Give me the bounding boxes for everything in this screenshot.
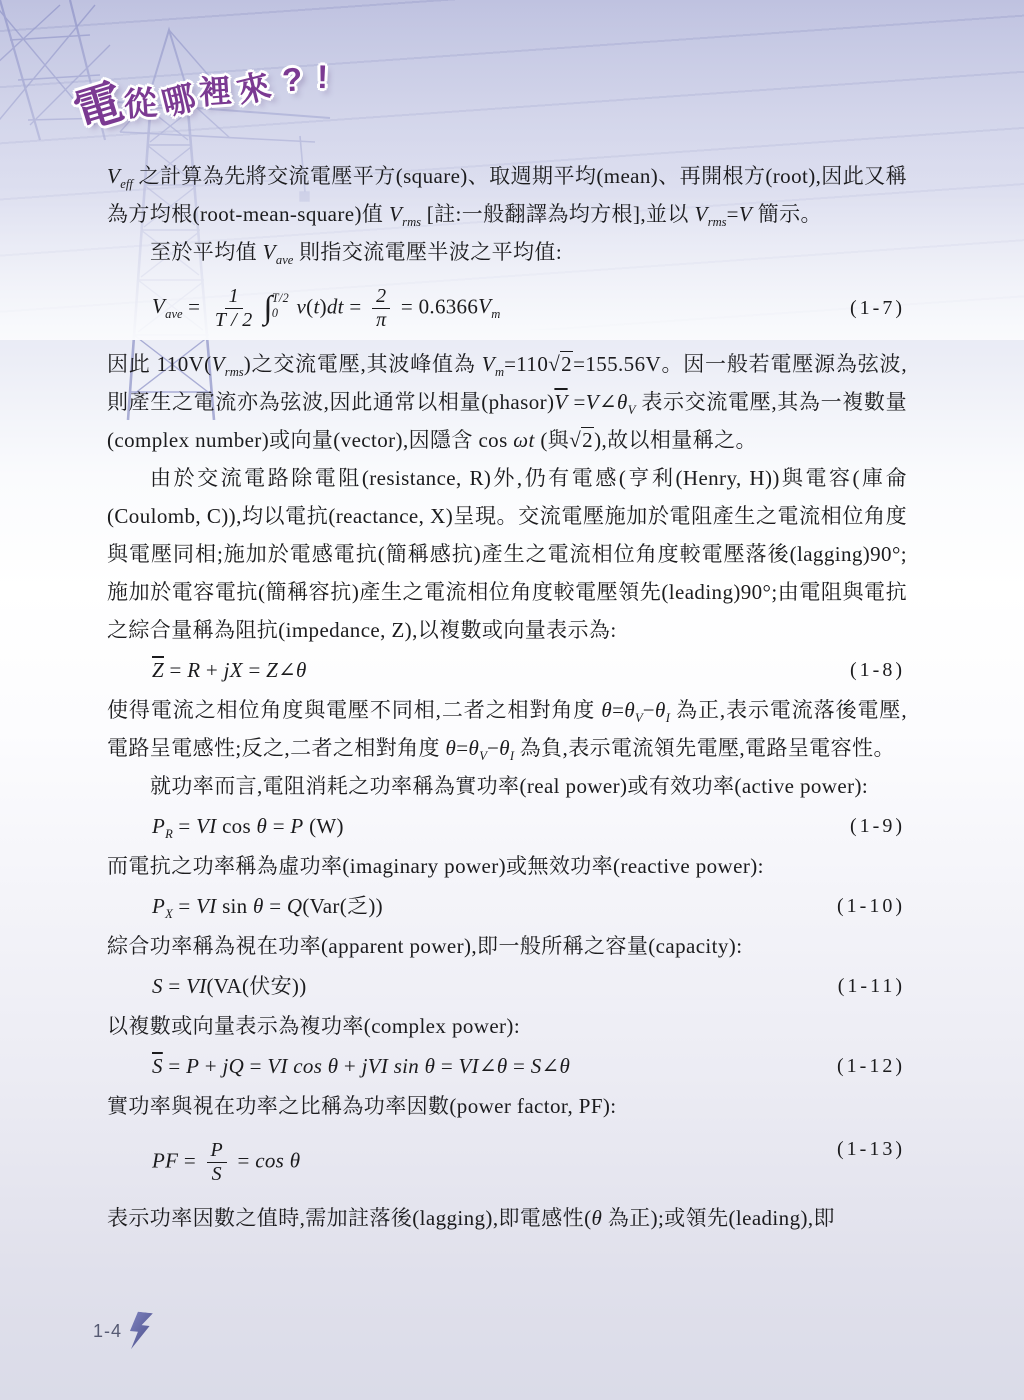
equation-formula: PF = PS = cos θ xyxy=(152,1139,300,1186)
equation-number: (1-9) xyxy=(850,807,907,845)
equation-formula: Vave = 1T / 2∫T/20 v(t)dt = 2π = 0.6366V… xyxy=(152,285,500,332)
paragraph: 就功率而言,電阻消耗之功率稱為實功率(real power)或有效功率(acti… xyxy=(107,767,907,805)
title-char: ? xyxy=(281,60,304,99)
title-char: ! xyxy=(317,58,329,96)
equation-number: (1-8) xyxy=(850,651,907,689)
page-number: 1-4 xyxy=(93,1321,122,1342)
document-body: Veff 之計算為先將交流電壓平方(square)、取週期平均(mean)、再開… xyxy=(107,157,907,1237)
equation: S = VI(VA(伏安))(1-11) xyxy=(107,966,907,1006)
lightning-bolt-icon xyxy=(125,1311,155,1352)
equation-formula: S = P + jQ = VI cos θ + jVI sin θ = VI∠θ… xyxy=(152,1047,570,1085)
paragraph: Veff 之計算為先將交流電壓平方(square)、取週期平均(mean)、再開… xyxy=(107,157,907,233)
title-char: 哪 xyxy=(156,72,199,126)
equation: PR = VI cos θ = P (W)(1-9) xyxy=(107,806,907,846)
paragraph: 表示功率因數之值時,需加註落後(lagging),即電感性(θ 為正);或領先(… xyxy=(107,1199,907,1237)
paragraph: 至於平均值 Vave 則指交流電壓半波之平均值: xyxy=(107,233,907,271)
title-char: 來 xyxy=(232,60,275,114)
paragraph: 以複數或向量表示為複功率(complex power): xyxy=(107,1007,907,1045)
equation-formula: S = VI(VA(伏安)) xyxy=(152,967,306,1005)
equation-formula: PX = VI sin θ = Q(Var(乏)) xyxy=(152,887,383,925)
paragraph: 而電抗之功率稱為虛功率(imaginary power)或無效功率(reacti… xyxy=(107,847,907,885)
page-footer: 1-4 xyxy=(93,1312,153,1350)
paragraph: 實功率與視在功率之比稱為功率因數(power factor, PF): xyxy=(107,1087,907,1125)
title-char: 從 xyxy=(122,77,158,126)
equation: PF = PS = cos θ(1-13) xyxy=(107,1130,907,1194)
equation-number: (1-12) xyxy=(837,1047,907,1085)
textbook-page: 電從哪裡來?! Veff 之計算為先將交流電壓平方(square)、取週期平均(… xyxy=(0,0,1024,1400)
equation: Z = R + jX = Z∠θ(1-8) xyxy=(107,650,907,690)
paragraph: 使得電流之相位角度與電壓不同相,二者之相對角度 θ=θV−θI 為正,表示電流落… xyxy=(107,691,907,767)
title-char: 裡 xyxy=(197,65,233,114)
equation: PX = VI sin θ = Q(Var(乏))(1-10) xyxy=(107,886,907,926)
paragraph: 由於交流電路除電阻(resistance, R)外,仍有電感(亨利(Henry,… xyxy=(107,459,907,649)
paragraph: 因此 110V(Vrms)之交流電壓,其波峰值為 Vm=110√2=155.56… xyxy=(107,345,907,459)
equation-formula: Z = R + jX = Z∠θ xyxy=(152,651,307,689)
equation-number: (1-7) xyxy=(850,289,907,327)
paragraph: 綜合功率稱為視在功率(apparent power),即一般所稱之容量(capa… xyxy=(107,927,907,965)
equation-number: (1-10) xyxy=(837,887,907,925)
equation: S = P + jQ = VI cos θ + jVI sin θ = VI∠θ… xyxy=(107,1046,907,1086)
equation-number: (1-13) xyxy=(837,1130,907,1168)
equation-formula: PR = VI cos θ = P (W) xyxy=(152,807,344,845)
equation: Vave = 1T / 2∫T/20 v(t)dt = 2π = 0.6366V… xyxy=(107,276,907,340)
equation-number: (1-11) xyxy=(838,967,907,1005)
